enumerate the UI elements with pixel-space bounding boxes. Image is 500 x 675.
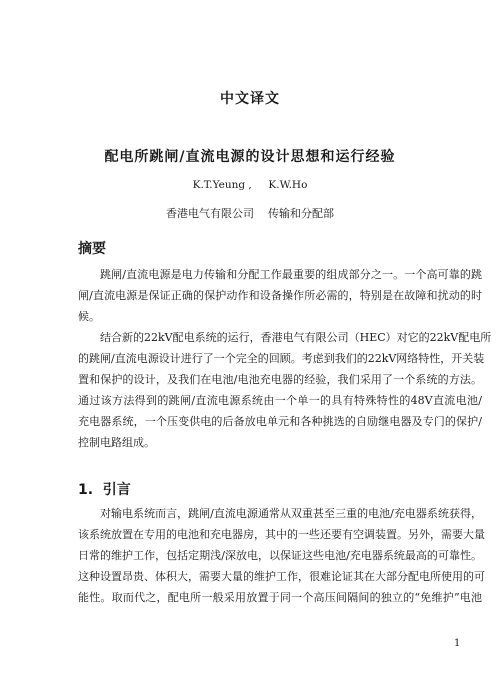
abstract-line: 的跳闸/直流电源设计进行了一个完全的回顾。考虑到我们的22kV网络特性，开关装 xyxy=(78,348,482,369)
body-line: 对输电系统而言，跳闸/直流电源通常从双重甚至三重的电池/充电器系统获得， xyxy=(78,503,482,524)
body-line: 能性。取而代之，配电所一般采用放置于同一个高压间隔间的独立的“免维护”电池 xyxy=(78,587,482,608)
abstract-line: 通过该方法得到的跳闸/直流电源系统由一个单一的具有特殊特性的48V直流电池/ xyxy=(78,390,482,411)
body-line: 该系统放置在专用的电池和充电器房，其中的一些还要有空调装置。另外，需要大量 xyxy=(78,524,482,545)
authors: K.T.Yeung , K.W.Ho xyxy=(0,179,500,191)
abstract-line: 候。 xyxy=(78,306,482,327)
abstract-line: 结合新的22kV配电系统的运行，香港电气有限公司（HEC）对它的22kV配电所 xyxy=(78,327,482,348)
body-line: 日常的维护工作，包括定期浅/深放电，以保证这些电池/充电器系统最高的可靠性。 xyxy=(78,545,482,566)
section-heading: 1. 引言 xyxy=(78,479,131,499)
paper-title: 配电所跳闸/直流电源的设计思想和运行经验 xyxy=(0,146,500,166)
abstract-line: 跳闸/直流电源是电力传输和分配工作最重要的组成部分之一。一个高可靠的跳 xyxy=(78,264,482,285)
document-title: 中文译文 xyxy=(0,88,500,108)
abstract-line: 充电器系统，一个压变供电的后备放电单元和各种挑选的自励继电器及专门的保护/ xyxy=(78,411,482,432)
page-number: 1 xyxy=(454,638,460,649)
organization: 香港电气有限公司 传输和分配部 xyxy=(0,205,500,221)
abstract-line: 置和保护的设计，及我们在电池/电池充电器的经验，我们采用了一个系统的方法。 xyxy=(78,369,482,390)
abstract-line: 控制电路组成。 xyxy=(78,432,482,453)
abstract-heading: 摘要 xyxy=(78,238,106,258)
abstract-line: 闸/直流电源是保证正确的保护动作和设备操作所必需的，特别是在故障和扰动的时 xyxy=(78,285,482,306)
body-line: 这种设置昂贵、体积大，需要大量的维护工作，很难论证其在大部分配电所使用的可 xyxy=(78,566,482,587)
